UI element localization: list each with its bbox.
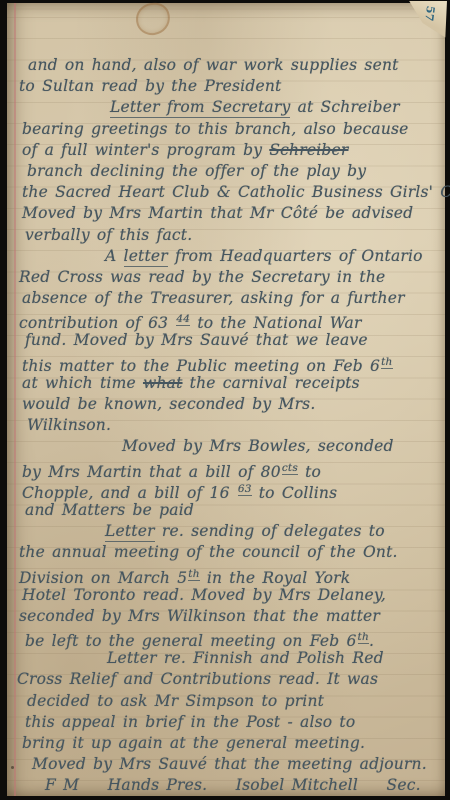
handwriting-segment: absence of the Treasurer, asking for a f… [22, 289, 405, 307]
handwritten-line: the Sacred Heart Club & Catholic Busines… [7, 182, 445, 203]
handwriting-segment-u: Letter from Secretary [110, 98, 290, 118]
handwriting-segment: this appeal in brief in the Post - also … [25, 713, 355, 731]
handwriting-segment: F M Hands Pres. Isobel Mitchell Sec. [45, 776, 421, 794]
handwriting-segment: bearing greetings to this branch, also b… [22, 120, 409, 138]
handwriting-segment: bring it up again at the general meeting… [22, 734, 365, 752]
photographed-minute-book-page: and on hand, also of war work supplies s… [0, 0, 450, 800]
handwriting-segment: Wilkinson. [27, 416, 111, 434]
handwriting-segment: Division on March 5 [19, 569, 187, 587]
handwriting-segment: from Headquarters of Ontario [168, 247, 423, 265]
handwriting-segment-sup: th [358, 631, 369, 644]
handwriting-segment-u: Letter [105, 522, 155, 542]
handwritten-line: the annual meeting of the council of the… [7, 542, 445, 563]
handwriting-segment: decided to ask Mr Simpson to print [27, 692, 324, 710]
handwritten-line: and on hand, also of war work supplies s… [7, 55, 445, 76]
handwritten-line: verbally of this fact. [7, 225, 445, 246]
handwritten-line: Moved by Mrs Bowles, seconded [7, 436, 445, 457]
handwriting-segment: seconded by Mrs Wilkinson that the matte… [19, 607, 380, 625]
handwriting-segment-sup: cts [282, 462, 298, 475]
handwritten-line: Moved by Mrs Sauvé that the meeting adjo… [7, 754, 445, 775]
handwriting-segment: Hotel Toronto read. Moved by Mrs Delaney… [22, 586, 386, 604]
handwritten-line: F M Hands Pres. Isobel Mitchell Sec. [7, 775, 445, 796]
page-number: 57 [422, 5, 437, 22]
handwritten-line: and Matters be paid [7, 500, 445, 521]
handwriting-segment: and Matters be paid [25, 501, 194, 519]
handwriting-segment: would be known, seconded by Mrs. [22, 395, 315, 413]
handwritten-line: branch declining the offer of the play b… [7, 161, 445, 182]
handwriting-segment: at which time [22, 374, 143, 392]
handwriting-segment: fund. Moved by Mrs Sauvé that we leave [25, 331, 368, 349]
handwriting-segment-sup: 63 [238, 483, 252, 496]
handwriting-segment: Cross Relief and Contributions read. It … [17, 670, 378, 688]
handwritten-line: to Sultan read by the President [7, 76, 445, 97]
handwriting-segment: Moved by Mrs Bowles, seconded [122, 437, 394, 455]
handwriting-segment: verbally of this fact. [25, 226, 192, 244]
handwritten-line: Hotel Toronto read. Moved by Mrs Delaney… [7, 585, 445, 606]
handwritten-line: by Mrs Martin that a bill of 80cts to [7, 458, 445, 479]
handwriting-segment: the carnival receipts [183, 374, 360, 392]
handwriting-segment: to Collins [252, 484, 338, 502]
handwriting-segment: A [105, 247, 124, 265]
handwriting-segment-s: Schreiber [269, 141, 348, 159]
handwritten-line: Letter from Secretary at Schreiber [7, 97, 445, 118]
handwriting-segment-sup: th [188, 568, 199, 581]
handwriting-segment: of a full winter's program by [22, 141, 269, 159]
handwritten-line: Wilkinson. [7, 415, 445, 436]
handwritten-line: A letter from Headquarters of Ontario [7, 246, 445, 267]
handwriting-segment-sup: th [381, 356, 392, 369]
handwritten-line: this matter to the Public meeting on Feb… [7, 352, 445, 373]
handwriting-segment: re. sending of delegates to [155, 522, 385, 540]
handwritten-line: absence of the Treasurer, asking for a f… [7, 288, 445, 309]
handwriting-segment: in the Royal York [200, 569, 351, 587]
handwritten-line: bearing greetings to this branch, also b… [7, 119, 445, 140]
handwritten-line: bring it up again at the general meeting… [7, 733, 445, 754]
handwritten-line: Cross Relief and Contributions read. It … [7, 669, 445, 690]
handwritten-line: Red Cross was read by the Secretary in t… [7, 267, 445, 288]
handwritten-line: this appeal in brief in the Post - also … [7, 712, 445, 733]
handwriting-segment: the Sacred Heart Club & Catholic Busines… [22, 183, 450, 201]
handwriting-segment: Red Cross was read by the Secretary in t… [19, 268, 385, 286]
stain-mark [134, 1, 172, 37]
handwriting-segment: to Sultan read by the President [19, 77, 281, 95]
handwriting-segment: and on hand, also of war work supplies s… [28, 56, 399, 74]
handwritten-line: Letter re. Finnish and Polish Red [7, 648, 445, 669]
handwriting-segment: Moved by Mrs Martin that Mr Côté be advi… [22, 204, 413, 222]
handwritten-line: would be known, seconded by Mrs. [7, 394, 445, 415]
handwriting-segment-sup: 44 [176, 313, 190, 326]
handwritten-line: Letter re. sending of delegates to [7, 521, 445, 542]
handwritten-line: contribution of 63 44 to the National Wa… [7, 309, 445, 330]
handwritten-line: Moved by Mrs Martin that Mr Côté be advi… [7, 203, 445, 224]
handwriting-segment-s: what [143, 374, 183, 392]
notebook-paper: and on hand, also of war work supplies s… [7, 3, 445, 796]
handwriting-lines: and on hand, also of war work supplies s… [7, 55, 445, 797]
handwriting-segment: Moved by Mrs Sauvé that the meeting adjo… [32, 755, 427, 773]
handwritten-line: Division on March 5th in the Royal York [7, 564, 445, 585]
handwritten-line: seconded by Mrs Wilkinson that the matte… [7, 606, 445, 627]
handwriting-segment: branch declining the offer of the play b… [27, 162, 366, 180]
handwriting-segment-u: letter [124, 247, 168, 267]
handwritten-line: fund. Moved by Mrs Sauvé that we leave [7, 330, 445, 351]
handwritten-line: decided to ask Mr Simpson to print [7, 691, 445, 712]
handwritten-line: Chopple, and a bill of 16 63 to Collins [7, 479, 445, 500]
handwritten-line: be left to the general meeting on Feb 6t… [7, 627, 445, 648]
handwriting-segment: Letter re. Finnish and Polish Red [107, 649, 384, 667]
handwriting-segment: the annual meeting of the council of the… [19, 543, 398, 561]
handwriting-segment: at Schreiber [290, 98, 399, 116]
handwritten-line: at which time what the carnival receipts [7, 373, 445, 394]
handwritten-line: of a full winter's program by Schreiber [7, 140, 445, 161]
